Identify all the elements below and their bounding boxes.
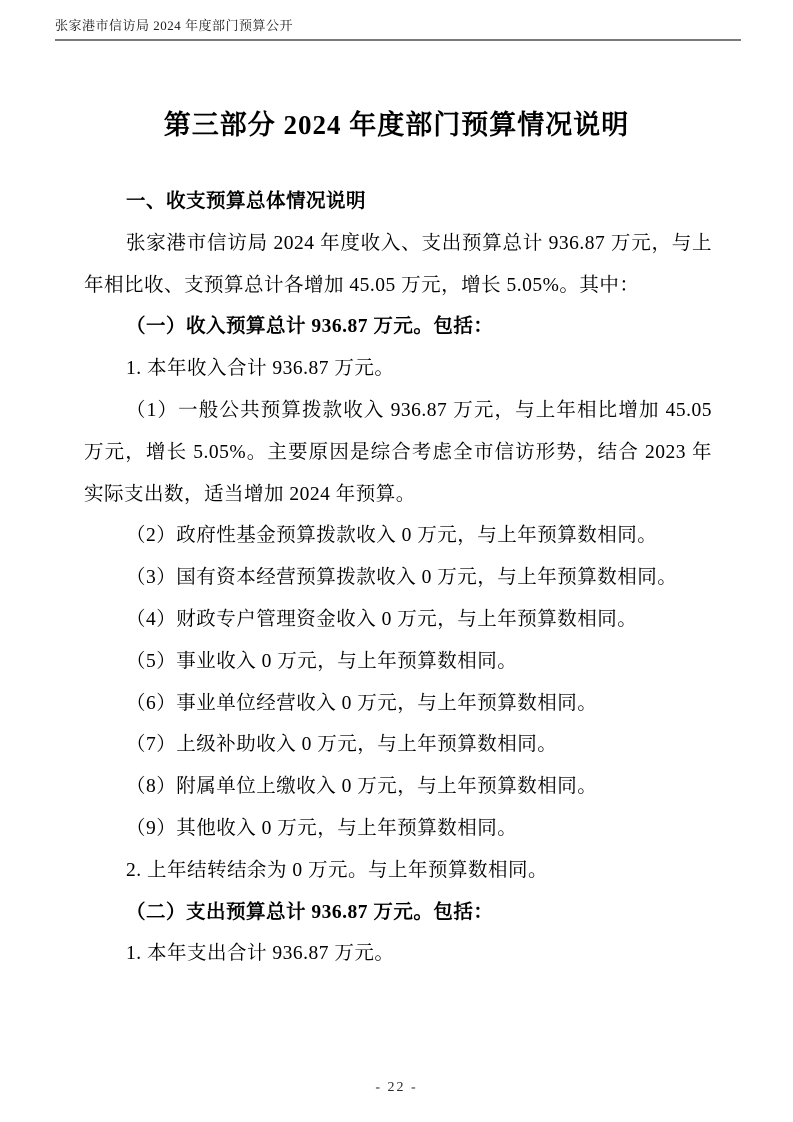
paragraph: 2. 上年结转结余为 0 万元。与上年预算数相同。 bbox=[84, 850, 712, 892]
document-page: 张家港市信访局 2024 年度部门预算公开 第三部分 2024 年度部门预算情况… bbox=[0, 0, 793, 1122]
section-heading: （二）支出预算总计 936.87 万元。包括： bbox=[84, 892, 712, 934]
paragraph: 张家港市信访局 2024 年度收入、支出预算总计 936.87 万元，与上年相比… bbox=[84, 223, 712, 307]
document-title: 第三部分 2024 年度部门预算情况说明 bbox=[0, 103, 793, 142]
paragraph: （7）上级补助收入 0 万元，与上年预算数相同。 bbox=[84, 724, 712, 766]
paragraph: （5）事业收入 0 万元，与上年预算数相同。 bbox=[84, 641, 712, 683]
paragraph: （4）财政专户管理资金收入 0 万元，与上年预算数相同。 bbox=[84, 599, 712, 641]
section-heading: 一、收支预算总体情况说明 bbox=[84, 181, 712, 223]
header-text: 张家港市信访局 2024 年度部门预算公开 bbox=[55, 18, 293, 33]
paragraph: （3）国有资本经营预算拨款收入 0 万元，与上年预算数相同。 bbox=[84, 557, 712, 599]
page-footer: - 22 - bbox=[0, 1080, 793, 1096]
section-heading: （一）收入预算总计 936.87 万元。包括： bbox=[84, 306, 712, 348]
paragraph: （1）一般公共预算拨款收入 936.87 万元，与上年相比增加 45.05 万元… bbox=[84, 390, 712, 515]
paragraph: 1. 本年收入合计 936.87 万元。 bbox=[84, 348, 712, 390]
page-header: 张家港市信访局 2024 年度部门预算公开 bbox=[55, 15, 741, 41]
document-body: 一、收支预算总体情况说明张家港市信访局 2024 年度收入、支出预算总计 936… bbox=[84, 181, 712, 975]
paragraph: （2）政府性基金预算拨款收入 0 万元，与上年预算数相同。 bbox=[84, 515, 712, 557]
paragraph: 1. 本年支出合计 936.87 万元。 bbox=[84, 933, 712, 975]
paragraph: （9）其他收入 0 万元，与上年预算数相同。 bbox=[84, 808, 712, 850]
paragraph: （6）事业单位经营收入 0 万元，与上年预算数相同。 bbox=[84, 683, 712, 725]
page-number: - 22 - bbox=[375, 1080, 417, 1095]
paragraph: （8）附属单位上缴收入 0 万元，与上年预算数相同。 bbox=[84, 766, 712, 808]
